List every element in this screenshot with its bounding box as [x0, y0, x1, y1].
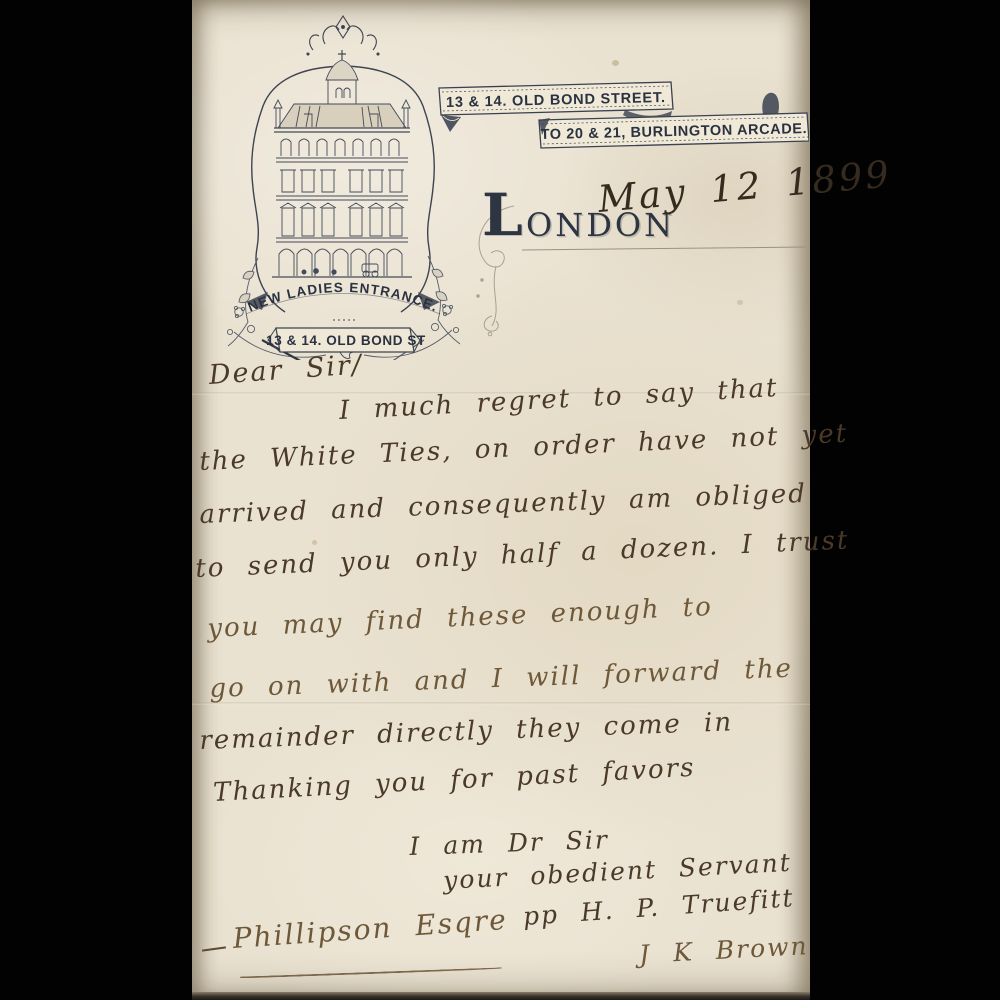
cartouche-top-ornament	[307, 16, 379, 55]
foxing-spot	[312, 540, 317, 545]
body-line: remainder directly they come in	[199, 707, 734, 756]
body-line: go on with and I will forward the	[209, 654, 793, 704]
docket-dash	[202, 946, 226, 951]
paper-bottom-edge	[192, 992, 810, 1000]
body-line: the White Ties, on order have not yet	[199, 419, 849, 477]
address-ribbons: 13 & 14. OLD BOND STREET. TO 20 & 21, BU…	[429, 78, 809, 152]
foxing-spot	[612, 60, 619, 66]
printed-date-rule	[522, 247, 806, 251]
body-line: to send you only half a dozen. I trust	[195, 525, 850, 584]
body-line: arrived and consequently am obliged	[199, 479, 807, 530]
ribbon-scroll-ornament	[762, 93, 779, 114]
fold-crease	[192, 702, 810, 705]
addressee-docket: Phillipson Esqre	[232, 903, 509, 955]
closing-line: I am Dr Sir	[409, 825, 609, 861]
handwritten-date: May 12 1899	[596, 152, 893, 221]
body-line: I much regret to say that	[338, 373, 779, 426]
foxing-spot	[737, 300, 743, 305]
photo-backdrop: NEW LADIES ENTRANCE. 13 & 14. OLD BOND S…	[0, 0, 1000, 1000]
per-pro-signature: pp H. P. Truefitt	[522, 883, 796, 931]
docket-underline	[240, 967, 502, 978]
building-engraving	[272, 50, 412, 277]
address-banner-text: 13 & 14. OLD BOND ST	[266, 333, 426, 348]
arc-banner: NEW LADIES ENTRANCE.	[246, 280, 441, 321]
body-line: you may find these enough to	[207, 592, 714, 644]
banner-dots	[333, 319, 355, 321]
letter-paper: NEW LADIES ENTRANCE. 13 & 14. OLD BOND S…	[192, 0, 810, 1000]
clerk-signature: J K Brown	[638, 931, 809, 969]
arc-banner-text: NEW LADIES ENTRANCE.	[246, 280, 441, 315]
body-line: Thanking you for past favors	[212, 753, 696, 808]
building-vignette: NEW LADIES ENTRANCE. 13 & 14. OLD BOND S…	[216, 10, 470, 360]
svg-text:NEW LADIES ENTRANCE.: NEW LADIES ENTRANCE.	[246, 280, 441, 315]
city-initial: L	[482, 186, 523, 244]
